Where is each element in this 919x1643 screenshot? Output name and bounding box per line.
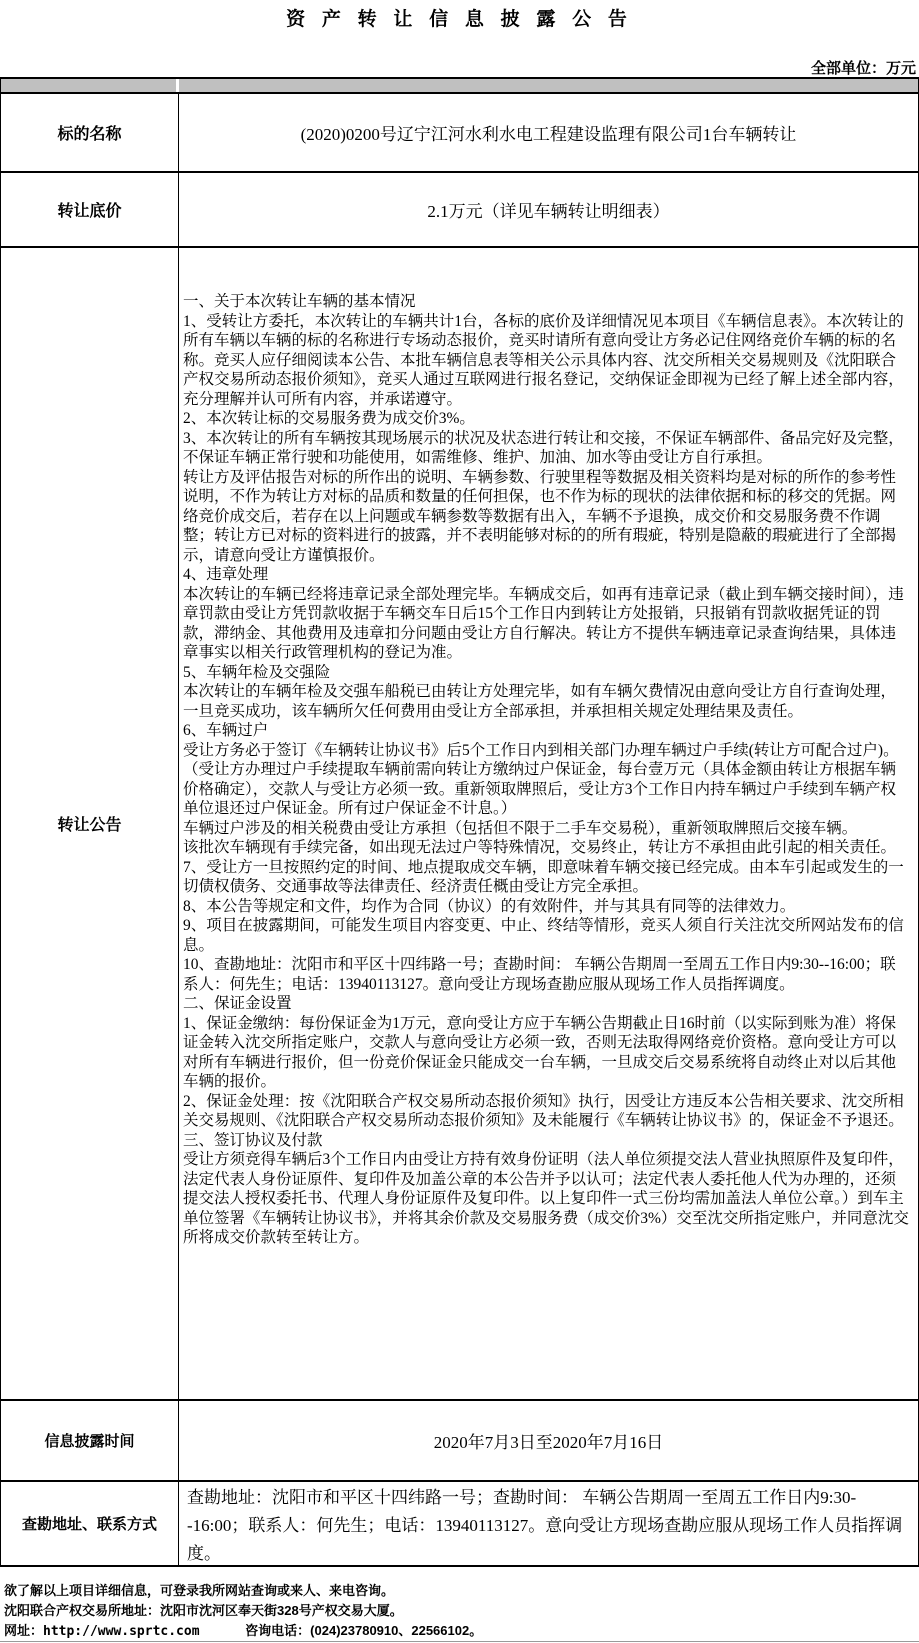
page-footer: 欲了解以上项目详细信息，可登录我所网站查询或来人、来电咨询。 沈阳联合产权交易所… [4,1581,915,1642]
announcement-paragraph: 7、受让方一旦按照约定的时间、地点提取成交车辆，即意味着车辆交接已经完成。由本车… [183,858,911,897]
footer-address-line: 沈阳联合产权交易所地址：沈阳市沈河区奉天街328号产权交易大厦。 [4,1601,915,1621]
table-header-band [1,79,918,94]
disclosure-period-label: 信息披露时间 [1,1401,179,1480]
announcement-paragraph: 1、保证金缴纳：每份保证金为1万元，意向受让方应于车辆公告期截止日16时前（以实… [183,1014,911,1092]
row-subject-name: 标的名称 (2020)0200号辽宁江河水利水电工程建设监理有限公司1台车辆转让 [1,94,918,173]
announcement-paragraph: 该批次车辆现有手续完备，如出现无法过户等特殊情况，交易终止，转让方不承担由此引起… [183,838,911,858]
footer-website: 网址：http://www.sprtc.com [4,1624,200,1639]
announcement-paragraph: 9、项目在披露期间，可能发生项目内容变更、中止、终结等情形，竞买人须自行关注沈交… [183,916,911,955]
announcement-paragraph: 受让方务必于签订《车辆转让协议书》后5个工作日内到相关部门办理车辆过户手续(转让… [183,741,911,819]
survey-contact-value: 查勘地址：沈阳市和平区十四纬路一号；查勘时间： 车辆公告期周一至周五工作日内9:… [179,1482,918,1565]
announcement-paragraph: 一、关于本次转让车辆的基本情况 [183,292,911,312]
transfer-announcement-label: 转让公告 [1,248,179,1399]
row-transfer-announcement: 转让公告 一、关于本次转让车辆的基本情况1、受转让方委托，本次转让的车辆共计1台… [1,248,918,1401]
announcement-paragraph: 8、本公告等规定和文件，均作为合同（协议）的有效附件，并与其具有同等的法律效力。 [183,897,911,917]
footer-info-line: 欲了解以上项目详细信息，可登录我所网站查询或来人、来电咨询。 [4,1581,915,1601]
announcement-paragraph: 受让方须竞得车辆后3个工作日内由受让方持有效身份证明（法人单位须提交法人营业执照… [183,1150,911,1248]
announcement-paragraph: 2、本次转让标的交易服务费为成交价3%。 [183,409,911,429]
announcement-paragraph: 3、本次转让的所有车辆按其现场展示的状况及状态进行转让和交接，不保证车辆部件、备… [183,429,911,468]
announcement-paragraph: 6、车辆过户 [183,721,911,741]
subject-name-label: 标的名称 [1,94,179,171]
announcement-paragraph: 本次转让的车辆年检及交强车船税已由转让方处理完毕，如有车辆欠费情况由意向受让方自… [183,682,911,721]
announcement-paragraph: 车辆过户涉及的相关税费由受让方承担（包括但不限于二手车交易税），重新领取牌照后交… [183,819,911,839]
announcement-paragraph: 5、车辆年检及交强险 [183,663,911,683]
announcement-paragraph: 10、查勘地址：沈阳市和平区十四纬路一号；查勘时间： 车辆公告期周一至周五工作日… [183,955,911,994]
header-band-content-cell [179,79,918,92]
footer-contact-line: 网址：http://www.sprtc.com 咨询电话：(024)237809… [4,1621,915,1642]
announcement-paragraph: 二、保证金设置 [183,994,911,1014]
subject-name-value: (2020)0200号辽宁江河水利水电工程建设监理有限公司1台车辆转让 [179,94,918,171]
announcement-paragraph: 三、签订协议及付款 [183,1131,911,1151]
base-price-value: 2.1万元（详见车辆转让明细表） [179,173,918,246]
announcement-paragraph: 2、保证金处理：按《沈阳联合产权交易所动态报价须知》执行，因受让方违反本公告相关… [183,1092,911,1131]
transfer-announcement-body: 一、关于本次转让车辆的基本情况1、受转让方委托，本次转让的车辆共计1台，各标的底… [179,248,918,1399]
footer-phone: 咨询电话：(024)23780910、22566102。 [245,1623,482,1638]
page-title: 资 产 转 让 信 息 披 露 公 告 [0,4,919,31]
announcement-paragraph: 1、受转让方委托，本次转让的车辆共计1台，各标的底价及详细情况见本项目《车辆信息… [183,312,911,410]
header-band-label-cell [1,79,179,92]
disclosure-period-value: 2020年7月3日至2020年7月16日 [179,1401,918,1480]
base-price-label: 转让底价 [1,173,179,246]
asset-transfer-announcement: 资 产 转 让 信 息 披 露 公 告 全部单位：万元 标的名称 (2020)0… [0,0,919,1643]
row-base-price: 转让底价 2.1万元（详见车辆转让明细表） [1,173,918,248]
unit-note: 全部单位：万元 [811,57,916,78]
announcement-paragraph: 4、违章处理 [183,565,911,585]
announcement-paragraph: 转让方及评估报告对标的所作出的说明、车辆参数、行驶里程等数据及相关资料均是对标的… [183,468,911,566]
row-survey-contact: 查勘地址、联系方式 查勘地址：沈阳市和平区十四纬路一号；查勘时间： 车辆公告期周… [1,1482,918,1567]
announcement-paragraph: 本次转让的车辆已经将违章记录全部处理完毕。车辆成交后，如再有违章记录（截止到车辆… [183,585,911,663]
survey-contact-label: 查勘地址、联系方式 [1,1482,179,1565]
announcement-table: 标的名称 (2020)0200号辽宁江河水利水电工程建设监理有限公司1台车辆转让… [0,77,919,1567]
row-disclosure-period: 信息披露时间 2020年7月3日至2020年7月16日 [1,1401,918,1482]
